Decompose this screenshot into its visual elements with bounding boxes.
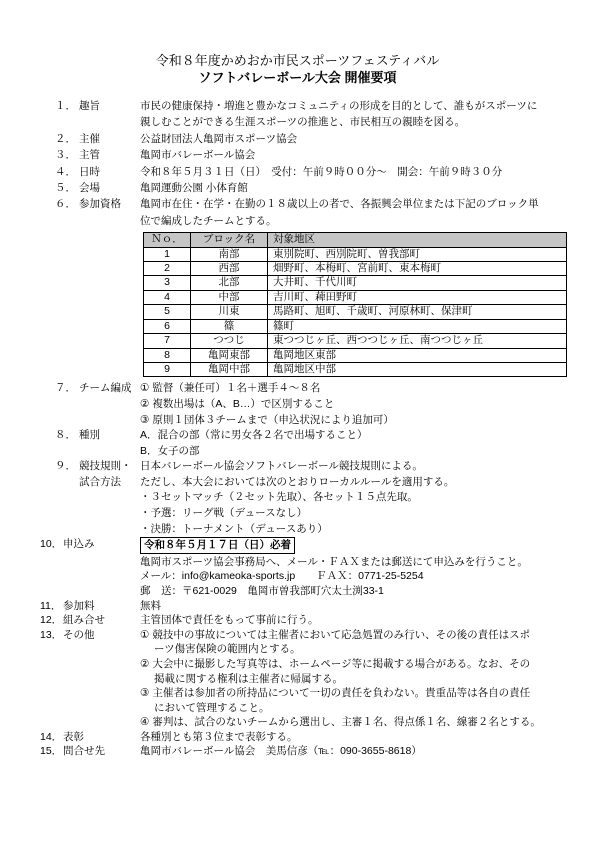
item-number: ６． (55, 196, 79, 212)
table-cell-area: 馬路町、旭町、千歳町、河原林町、保津町 (268, 305, 567, 319)
text-line: 亀岡市バレーボール協会 (140, 147, 567, 163)
item-label: 会場 (79, 182, 100, 194)
item-heading: 10．申込み (40, 537, 140, 552)
item-14-awards: 14．表彰 各種別とも第３位まで表彰する。 (40, 730, 567, 745)
table-row: 3 北部 大井町、千代川町 (144, 276, 567, 290)
table-cell-block: 南部 (191, 247, 268, 261)
text-line: ・予選：リーグ戦（デュースなし） (140, 506, 567, 522)
section-items-10-15: 10．申込み 令和８年５月１７日（日）必着 亀岡市スポーツ協会事務局へ、メール・… (40, 537, 567, 759)
item-body: 公益財団法人亀岡市スポーツ協会 (140, 131, 567, 147)
text-line: ① 競技中の事故については主催者において応急処置のみ行い、その後の責任はスポ (140, 628, 567, 643)
item-number: ７． (55, 381, 79, 397)
item-number: ４． (55, 164, 79, 180)
table-cell-area: 篠町 (268, 319, 567, 333)
item-body: 令和８年５月１７日（日）必着 亀岡市スポーツ協会事務局へ、メール・ＦＡＸまたは郵… (140, 537, 567, 598)
item-label: チーム編成 (79, 382, 132, 394)
table-header-cell: Ｎｏ． (144, 233, 191, 247)
item-heading: ６．参加資格 (40, 196, 140, 212)
item-heading: 14．表彰 (40, 730, 140, 745)
item-8-category: ８．種別 A．混合の部（常に男女各２名で出場すること） B．女子の部 (40, 428, 567, 459)
item-body: A．混合の部（常に男女各２名で出場すること） B．女子の部 (140, 428, 567, 459)
table-row: 8 亀岡東部 亀岡地区東部 (144, 348, 567, 362)
item-body: 各種別とも第３位まで表彰する。 (140, 730, 567, 745)
text-line: ④ 審判は、試合のないチームから選出し、主審１名、得点係１名、線審２名とする。 (140, 715, 567, 730)
text-line: ーツ傷害保険の範囲内とする。 (140, 642, 567, 657)
item-1-purpose: １．趣旨 市民の健康保持・増進と豊かなコミュニティの形成を目的として、誰もがスポ… (40, 98, 567, 131)
table-header-cell: ブロック名 (191, 233, 268, 247)
table-cell-no: 3 (144, 276, 191, 290)
item-11-fee: 11．参加料 無料 (40, 599, 567, 614)
item-label-line2: 試合方法 (79, 475, 140, 491)
table-cell-block: 中部 (191, 290, 268, 304)
table-cell-area: 畑野町、本梅町、宮前町、東本梅町 (268, 262, 567, 276)
item-body: 日本バレーボール協会ソフトバレーボール競技規則による。 ただし、本大会においては… (140, 459, 567, 537)
text-line: ③ 主催者は参加者の所持品について一切の責任を負わない。貴重品等は各自の責任 (140, 686, 567, 701)
block-table: Ｎｏ． ブロック名 対象地区 1 南部 東別院町、西別院町、曽我部町 (143, 232, 567, 377)
text-line: 令和８年５月３１日（日） 受付：午前９時００分～ 開会：午前９時３０分 (140, 164, 567, 180)
item-body: 亀岡市バレーボール協会 美馬信彦（℡：090-3655-8618） (140, 744, 567, 759)
item-number: 10． (40, 537, 63, 552)
item-number: 11． (40, 599, 63, 614)
email-fax-line: メール：info@kameoka-sports.jp ＦＡＸ：0771-25-5… (140, 569, 567, 584)
item-label: 種別 (79, 429, 100, 441)
table-cell-block: 北部 (191, 276, 268, 290)
item-label: 競技規則・ (79, 460, 132, 472)
table-header-row: Ｎｏ． ブロック名 対象地区 (144, 233, 567, 247)
item-body: 亀岡市バレーボール協会 (140, 147, 567, 163)
item-body: ① 競技中の事故については主催者において応急処置のみ行い、その後の責任はスポ ー… (140, 628, 567, 730)
item-label: 主管 (79, 149, 100, 161)
document-page: 令和８年度かめおか市民スポーツフェスティバル ソフトバレーボール大会 開催要項 … (0, 0, 595, 842)
item-3-management: ３．主管 亀岡市バレーボール協会 (40, 147, 567, 163)
item-heading: ８．種別 (40, 428, 140, 444)
item-number: 12． (40, 613, 63, 628)
table-cell-block: 西部 (191, 262, 268, 276)
item-label: 参加料 (63, 600, 95, 612)
deadline-box: 令和８年５月１７日（日）必着 (140, 537, 295, 554)
table-row: 7 つつじ 東つつじヶ丘、西つつじヶ丘、南つつじヶ丘 (144, 334, 567, 348)
item-number: ８． (55, 428, 79, 444)
table-cell-no: 9 (144, 362, 191, 376)
item-12-matchmaking: 12．組み合せ 主管団体で責任をもって事前に行う。 (40, 613, 567, 628)
table-cell-no: 2 (144, 262, 191, 276)
text-line: ② 大会中に撮影した写真等は、ホームページ等に掲載する場合がある。なお、その (140, 657, 567, 672)
item-5-venue: ５．会場 亀岡運動公園 小体育館 (40, 180, 567, 196)
item-heading: ３．主管 (40, 147, 140, 163)
item-number: 14． (40, 730, 63, 745)
table-cell-no: 6 (144, 319, 191, 333)
item-heading: ２．主催 (40, 131, 140, 147)
item-label: 参加資格 (79, 198, 121, 210)
table-row: 9 亀岡中部 亀岡地区中部 (144, 362, 567, 376)
text-line: 親しむことができる生涯スポーツの推進と、市民相互の親睦を図る。 (140, 114, 567, 130)
table-cell-no: 7 (144, 334, 191, 348)
text-line: 亀岡市在住・在学・在勤の１８歳以上の者で、各振興会単位または下記のブロック単 (140, 196, 567, 212)
text-line: 亀岡運動公園 小体育館 (140, 180, 567, 196)
item-2-organizer: ２．主催 公益財団法人亀岡市スポーツ協会 (40, 131, 567, 147)
item-heading: ９．競技規則・ 試合方法 (40, 459, 140, 490)
title-line-2: ソフトバレーボール大会 開催要項 (0, 69, 595, 86)
item-body: 市民の健康保持・増進と豊かなコミュニティの形成を目的として、誰もがスポーツに 親… (140, 98, 567, 131)
text-line: において管理すること。 (140, 701, 567, 716)
item-13-others: 13．その他 ① 競技中の事故については主催者において応急処置のみ行い、その後の… (40, 628, 567, 730)
item-body: 無料 (140, 599, 567, 614)
table-cell-block: 篠 (191, 319, 268, 333)
item-label: 日時 (79, 166, 100, 178)
table-cell-block: 川東 (191, 305, 268, 319)
item-body: ① 監督（兼任可）１名＋選手４～８名 ② 複数出場は（A、B…）で区別すること … (140, 381, 567, 428)
table-cell-area: 亀岡地区東部 (268, 348, 567, 362)
table-cell-area: 大井町、千代川町 (268, 276, 567, 290)
text-line: 公益財団法人亀岡市スポーツ協会 (140, 131, 567, 147)
item-number: 15． (40, 744, 63, 759)
document-body: １．趣旨 市民の健康保持・増進と豊かなコミュニティの形成を目的として、誰もがスポ… (0, 98, 595, 759)
text-line: ・３セットマッチ（２セット先取）、各セット１５点先取。 (140, 490, 567, 506)
deadline-line: 令和８年５月１７日（日）必着 (140, 537, 567, 555)
item-number: ５． (55, 180, 79, 196)
table-cell-no: 1 (144, 247, 191, 261)
item-9-rules: ９．競技規則・ 試合方法 日本バレーボール協会ソフトバレーボール競技規則による。… (40, 459, 567, 537)
item-heading: ７．チーム編成 (40, 381, 140, 397)
table-row: 2 西部 畑野町、本梅町、宮前町、東本梅町 (144, 262, 567, 276)
item-heading: 15．問合せ先 (40, 744, 140, 759)
text-line: ③ 原則１団体３チームまで（申込状況により追加可） (140, 413, 567, 429)
item-heading: 12．組み合せ (40, 613, 140, 628)
item-label: 組み合せ (63, 614, 105, 626)
text-line: ① 監督（兼任可）１名＋選手４～８名 (140, 381, 567, 397)
item-heading: 11．参加料 (40, 599, 140, 614)
table-cell-area: 東つつじヶ丘、西つつじヶ丘、南つつじヶ丘 (268, 334, 567, 348)
document-title: 令和８年度かめおか市民スポーツフェスティバル ソフトバレーボール大会 開催要項 (0, 0, 595, 86)
item-body: 令和８年５月３１日（日） 受付：午前９時００分～ 開会：午前９時３０分 (140, 164, 567, 180)
table-cell-no: 5 (144, 305, 191, 319)
table-cell-area: 吉川町、薭田野町 (268, 290, 567, 304)
item-heading: ４．日時 (40, 164, 140, 180)
title-line-1: 令和８年度かめおか市民スポーツフェスティバル (0, 52, 595, 69)
item-6-eligibility: ６．参加資格 亀岡市在住・在学・在勤の１８歳以上の者で、各振興会単位または下記の… (40, 196, 567, 381)
item-heading: 13．その他 (40, 628, 140, 643)
text-line: A．混合の部（常に男女各２名で出場すること） (140, 428, 567, 444)
item-label: 主催 (79, 133, 100, 145)
table-cell-no: 4 (144, 290, 191, 304)
text-line: 掲載に関する権利は主催者に帰属する。 (140, 672, 567, 687)
text-line: 無料 (140, 599, 567, 614)
item-number: ９． (55, 459, 79, 475)
table-row: 5 川東 馬路町、旭町、千歳町、河原林町、保津町 (144, 305, 567, 319)
item-body: 亀岡市在住・在学・在勤の１８歳以上の者で、各振興会単位または下記のブロック単 位… (140, 196, 567, 381)
item-number: １． (55, 98, 79, 114)
text-line: 位で編成したチームとする。 (140, 213, 567, 229)
item-number: ２． (55, 131, 79, 147)
section-items-1-6: １．趣旨 市民の健康保持・増進と豊かなコミュニティの形成を目的として、誰もがスポ… (40, 98, 567, 381)
item-4-datetime: ４．日時 令和８年５月３１日（日） 受付：午前９時００分～ 開会：午前９時３０分 (40, 164, 567, 180)
table-cell-block: 亀岡東部 (191, 348, 268, 362)
table-cell-area: 亀岡地区中部 (268, 362, 567, 376)
table-row: 6 篠 篠町 (144, 319, 567, 333)
table-cell-block: つつじ (191, 334, 268, 348)
table-row: 1 南部 東別院町、西別院町、曽我部町 (144, 247, 567, 261)
table-cell-block: 亀岡中部 (191, 362, 268, 376)
table-header-cell: 対象地区 (268, 233, 567, 247)
item-number: 13． (40, 628, 63, 643)
table-row: 4 中部 吉川町、薭田野町 (144, 290, 567, 304)
text-line: 亀岡市スポーツ協会事務局へ、メール・ＦＡＸまたは郵送にて申込みを行うこと。 (140, 555, 567, 570)
item-7-team-composition: ７．チーム編成 ① 監督（兼任可）１名＋選手４～８名 ② 複数出場は（A、B…）… (40, 381, 567, 428)
item-heading: １．趣旨 (40, 98, 140, 114)
item-body: 亀岡運動公園 小体育館 (140, 180, 567, 196)
text-line: ・決勝：トーナメント（デュースあり） (140, 522, 567, 538)
item-number: ３． (55, 147, 79, 163)
text-line: ただし、本大会においては次のとおりローカルルールを適用する。 (140, 475, 567, 491)
contact-line: 亀岡市バレーボール協会 美馬信彦（℡：090-3655-8618） (140, 744, 567, 759)
item-body: 主管団体で責任をもって事前に行う。 (140, 613, 567, 628)
item-15-contact: 15．問合せ先 亀岡市バレーボール協会 美馬信彦（℡：090-3655-8618… (40, 744, 567, 759)
item-label: 申込み (63, 538, 95, 550)
item-label: 問合せ先 (63, 745, 105, 757)
table-cell-no: 8 (144, 348, 191, 362)
item-label: 表彰 (63, 731, 84, 743)
section-items-7-9: ７．チーム編成 ① 監督（兼任可）１名＋選手４～８名 ② 複数出場は（A、B…）… (40, 381, 567, 537)
item-label: その他 (63, 629, 95, 641)
text-line: B．女子の部 (140, 444, 567, 460)
text-line: 主管団体で責任をもって事前に行う。 (140, 613, 567, 628)
text-line: 市民の健康保持・増進と豊かなコミュニティの形成を目的として、誰もがスポーツに (140, 98, 567, 114)
text-line: ② 複数出場は（A、B…）で区別すること (140, 397, 567, 413)
item-label: 趣旨 (79, 100, 100, 112)
item-heading: ５．会場 (40, 180, 140, 196)
text-line: 日本バレーボール協会ソフトバレーボール競技規則による。 (140, 459, 567, 475)
item-10-application: 10．申込み 令和８年５月１７日（日）必着 亀岡市スポーツ協会事務局へ、メール・… (40, 537, 567, 598)
postal-line: 郵 送：〒621-0029 亀岡市曽我部町穴太土渕33-1 (140, 584, 567, 599)
table-cell-area: 東別院町、西別院町、曽我部町 (268, 247, 567, 261)
text-line: 各種別とも第３位まで表彰する。 (140, 730, 567, 745)
